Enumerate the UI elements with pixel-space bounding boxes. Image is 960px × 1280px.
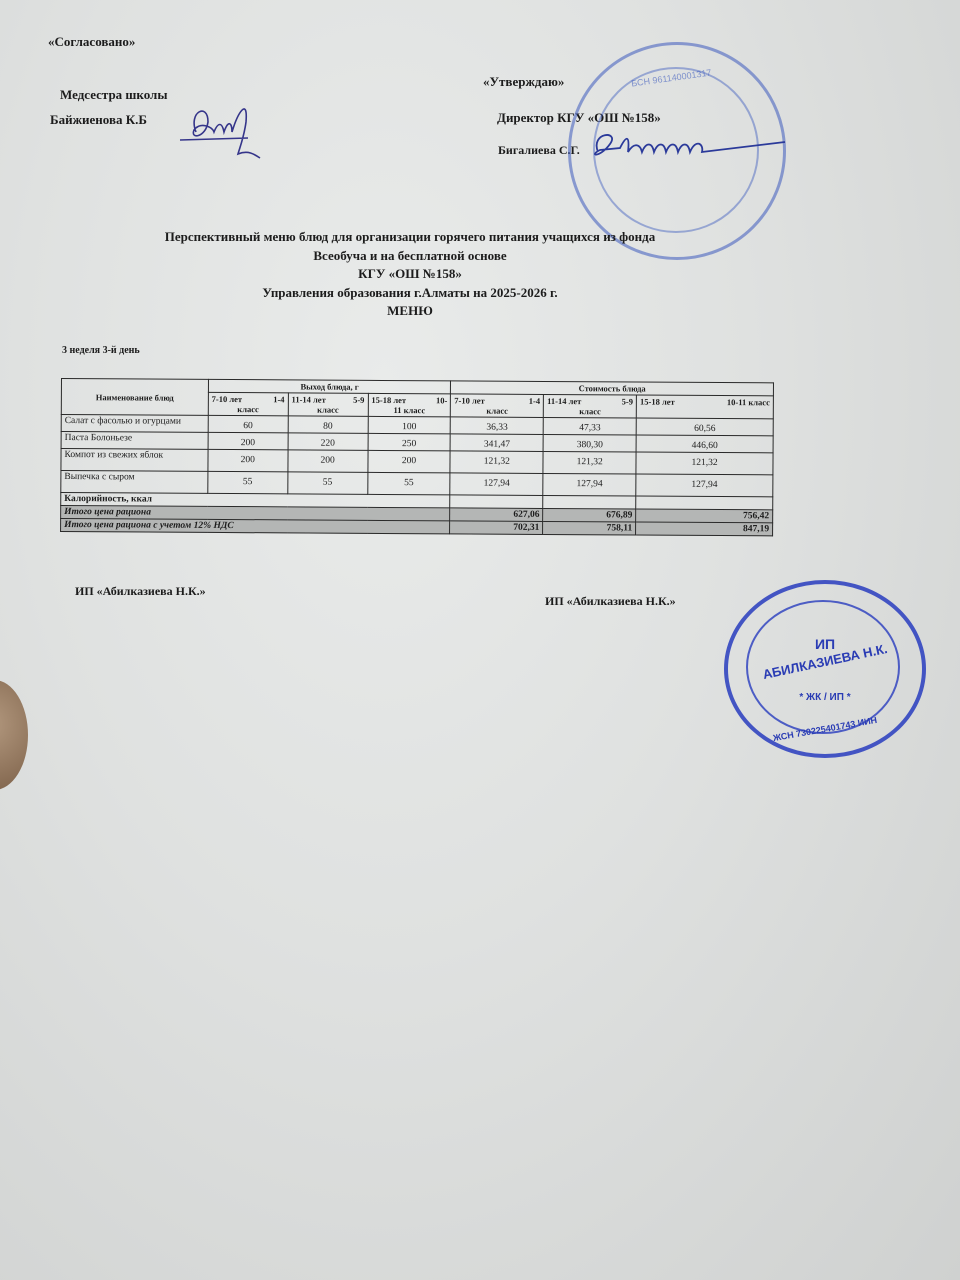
document-title: Перспективный меню блюд для организации … bbox=[150, 228, 670, 321]
yield-value: 220 bbox=[288, 433, 368, 450]
title-line-1: Перспективный меню блюд для организации … bbox=[150, 228, 670, 247]
grade-suffix: класс bbox=[291, 404, 364, 414]
grade-range: 5-9 bbox=[622, 396, 633, 406]
age-group-header: 7-10 лет1-4класс bbox=[451, 394, 544, 418]
yield-value: 200 bbox=[208, 449, 288, 471]
yield-value: 100 bbox=[368, 416, 451, 434]
yield-value: 55 bbox=[208, 471, 288, 493]
vendor-stamp: ИП АБИЛКАЗИЕВА Н.К. * ЖК / ИП * ЖСН 7302… bbox=[724, 580, 926, 758]
age-range: 15-18 лет bbox=[371, 395, 406, 405]
dish-name: Выпечка с сыром bbox=[61, 471, 208, 494]
cost-value: 121,32 bbox=[543, 451, 636, 474]
approval-left: «Согласовано» bbox=[48, 34, 135, 50]
cost-value: 47,33 bbox=[543, 417, 636, 435]
cost-value: 341,47 bbox=[450, 434, 543, 452]
age-group-header: 15-18 лет10-11 класс bbox=[636, 395, 773, 419]
total-value: 676,89 bbox=[543, 508, 636, 522]
age-group-header: 11-14 лет5-9класс bbox=[544, 394, 637, 418]
yield-value: 55 bbox=[287, 472, 367, 494]
grade-range: 10-11 класс bbox=[727, 397, 770, 407]
cost-value: 121,32 bbox=[450, 451, 543, 474]
header-dish: Наименование блюд bbox=[61, 379, 208, 416]
grade-range: 1-4 bbox=[273, 394, 284, 404]
total-value: 756,42 bbox=[636, 509, 773, 523]
grade-suffix: класс bbox=[454, 405, 540, 416]
total-value: 627,06 bbox=[450, 508, 543, 522]
age-range: 11-14 лет bbox=[292, 394, 326, 404]
age-group-header: 15-18 лет10-11 класс bbox=[368, 393, 451, 417]
total-vat-value: 847,19 bbox=[636, 522, 773, 536]
yield-value: 200 bbox=[288, 450, 368, 472]
vendor-stamp-line-3: * ЖК / ИП * bbox=[728, 692, 922, 703]
age-group-header: 11-14 лет5-9класс bbox=[288, 393, 368, 416]
cost-value: 121,32 bbox=[636, 452, 773, 475]
cost-value: 127,94 bbox=[636, 474, 773, 497]
finger-edge bbox=[0, 680, 28, 790]
dish-name: Салат с фасолью и огурцами bbox=[61, 415, 208, 433]
cost-value: 127,94 bbox=[543, 473, 636, 496]
yield-value: 200 bbox=[208, 432, 288, 449]
yield-value: 55 bbox=[367, 472, 450, 495]
yield-value: 200 bbox=[367, 450, 450, 473]
dish-name: Паста Болоньезе bbox=[61, 432, 208, 450]
approval-right: «Утверждаю» bbox=[483, 74, 564, 90]
grade-range: 10- bbox=[436, 395, 447, 405]
age-range: 7-10 лет bbox=[454, 395, 484, 405]
total-vat-value: 758,11 bbox=[543, 521, 636, 535]
yield-value: 250 bbox=[368, 433, 451, 451]
title-line-3: КГУ «ОШ №158» bbox=[150, 265, 670, 284]
total-vat-label: Итого цена рациона с учетом 12% НДС bbox=[61, 519, 451, 534]
director-signature bbox=[580, 122, 790, 172]
nurse-name: Байжиенова К.Б bbox=[50, 112, 147, 128]
grade-range: 1-4 bbox=[529, 396, 540, 406]
vendor-left: ИП «Абилказиева Н.К.» bbox=[75, 584, 206, 599]
title-line-2: Всеобуча и на бесплатной основе bbox=[150, 247, 670, 266]
grade-range: 5-9 bbox=[353, 395, 364, 405]
age-group-header: 7-10 лет1-4класс bbox=[208, 392, 288, 415]
cost-value: 36,33 bbox=[451, 417, 544, 435]
cost-value: 446,60 bbox=[636, 435, 773, 453]
yield-value: 60 bbox=[208, 415, 288, 432]
age-range: 7-10 лет bbox=[212, 394, 242, 404]
title-line-5: МЕНЮ bbox=[150, 302, 670, 321]
menu-table: Наименование блюд Выход блюда, г Стоимос… bbox=[60, 378, 774, 536]
age-range: 11-14 лет bbox=[547, 396, 581, 406]
grade-suffix: класс bbox=[212, 404, 285, 414]
grade-suffix: класс bbox=[547, 406, 633, 417]
nurse-position: Медсестра школы bbox=[60, 87, 168, 103]
cost-value: 380,30 bbox=[543, 434, 636, 452]
dish-name: Компот из свежих яблок bbox=[61, 449, 208, 472]
yield-value: 80 bbox=[288, 416, 368, 433]
cost-value: 60,56 bbox=[636, 418, 773, 436]
age-range: 15-18 лет bbox=[640, 397, 675, 407]
nurse-signature bbox=[178, 92, 268, 164]
cost-value: 127,94 bbox=[450, 473, 543, 496]
vendor-right: ИП «Абилказиева Н.К.» bbox=[545, 594, 676, 609]
total-vat-value: 702,31 bbox=[450, 521, 543, 535]
title-line-4: Управления образования г.Алматы на 2025-… bbox=[150, 284, 670, 303]
week-day-label: 3 неделя 3-й день bbox=[62, 345, 140, 356]
grade-suffix: 11 класс bbox=[371, 405, 447, 415]
